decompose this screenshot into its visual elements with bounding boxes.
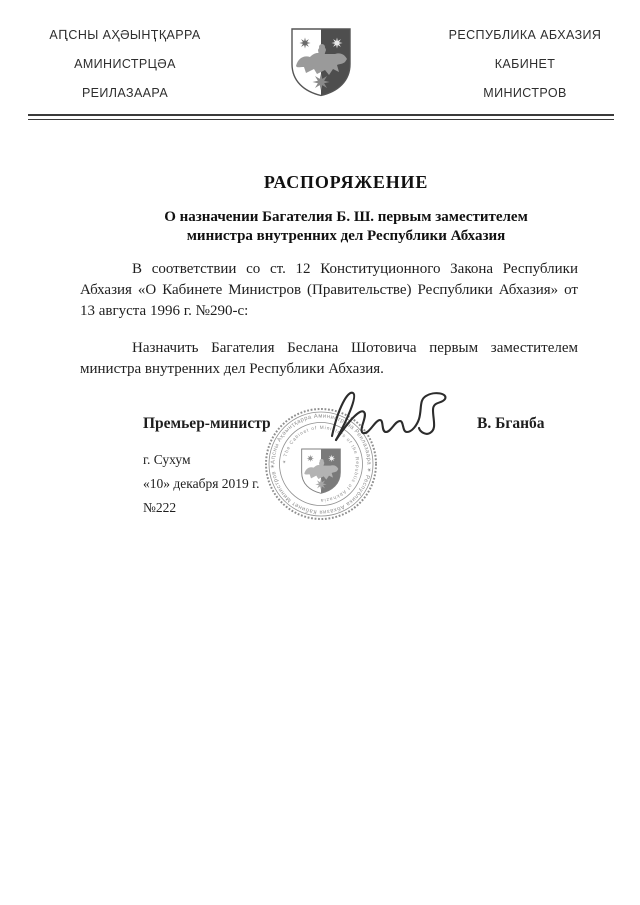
letterhead-line: РЕСПУБЛИКА АБХАЗИЯ xyxy=(429,21,621,50)
signature-scrawl xyxy=(322,386,466,446)
subject-line: министра внутренних дел Республики Абхаз… xyxy=(80,227,612,246)
body-paragraph-legal-basis: В соответствии со ст. 12 Конституционног… xyxy=(80,259,578,322)
letterhead-line: АМИНИСТРЦӘА xyxy=(29,50,221,79)
signer-name: В. Бганба xyxy=(477,415,545,433)
letterhead-line: МИНИСТРОВ xyxy=(429,79,621,108)
letterhead-abkhaz: АԤСНЫ АҲӘЫНҬҚАРРА АМИНИСТРЦӘА РЕИЛАЗААРА xyxy=(29,21,221,108)
document-subject: О назначении Багателия Б. Ш. первым заме… xyxy=(80,208,612,246)
document-city: г. Сухум xyxy=(143,452,191,468)
subject-line: О назначении Багателия Б. Ш. первым заме… xyxy=(80,208,612,227)
letterhead-line: АԤСНЫ АҲӘЫНҬҚАРРА xyxy=(29,21,221,50)
coat-of-arms-icon xyxy=(288,26,354,98)
signer-position: Премьер-министр xyxy=(143,415,271,433)
stamp-shield-icon xyxy=(302,449,341,493)
letterhead-russian: РЕСПУБЛИКА АБХАЗИЯ КАБИНЕТ МИНИСТРОВ xyxy=(429,21,621,108)
letterhead-line: КАБИНЕТ xyxy=(429,50,621,79)
document-page: АԤСНЫ АҲӘЫНҬҚАРРА АМИНИСТРЦӘА РЕИЛАЗААРА… xyxy=(0,0,640,905)
document-title: РАСПОРЯЖЕНИЕ xyxy=(80,172,612,193)
letterhead-line: РЕИЛАЗААРА xyxy=(29,79,221,108)
double-rule xyxy=(28,114,614,120)
document-date: «10» декабря 2019 г. xyxy=(143,476,260,492)
body-paragraph-appointment: Назначить Багателия Беслана Шотовича пер… xyxy=(80,338,578,380)
document-number: №222 xyxy=(143,500,176,516)
